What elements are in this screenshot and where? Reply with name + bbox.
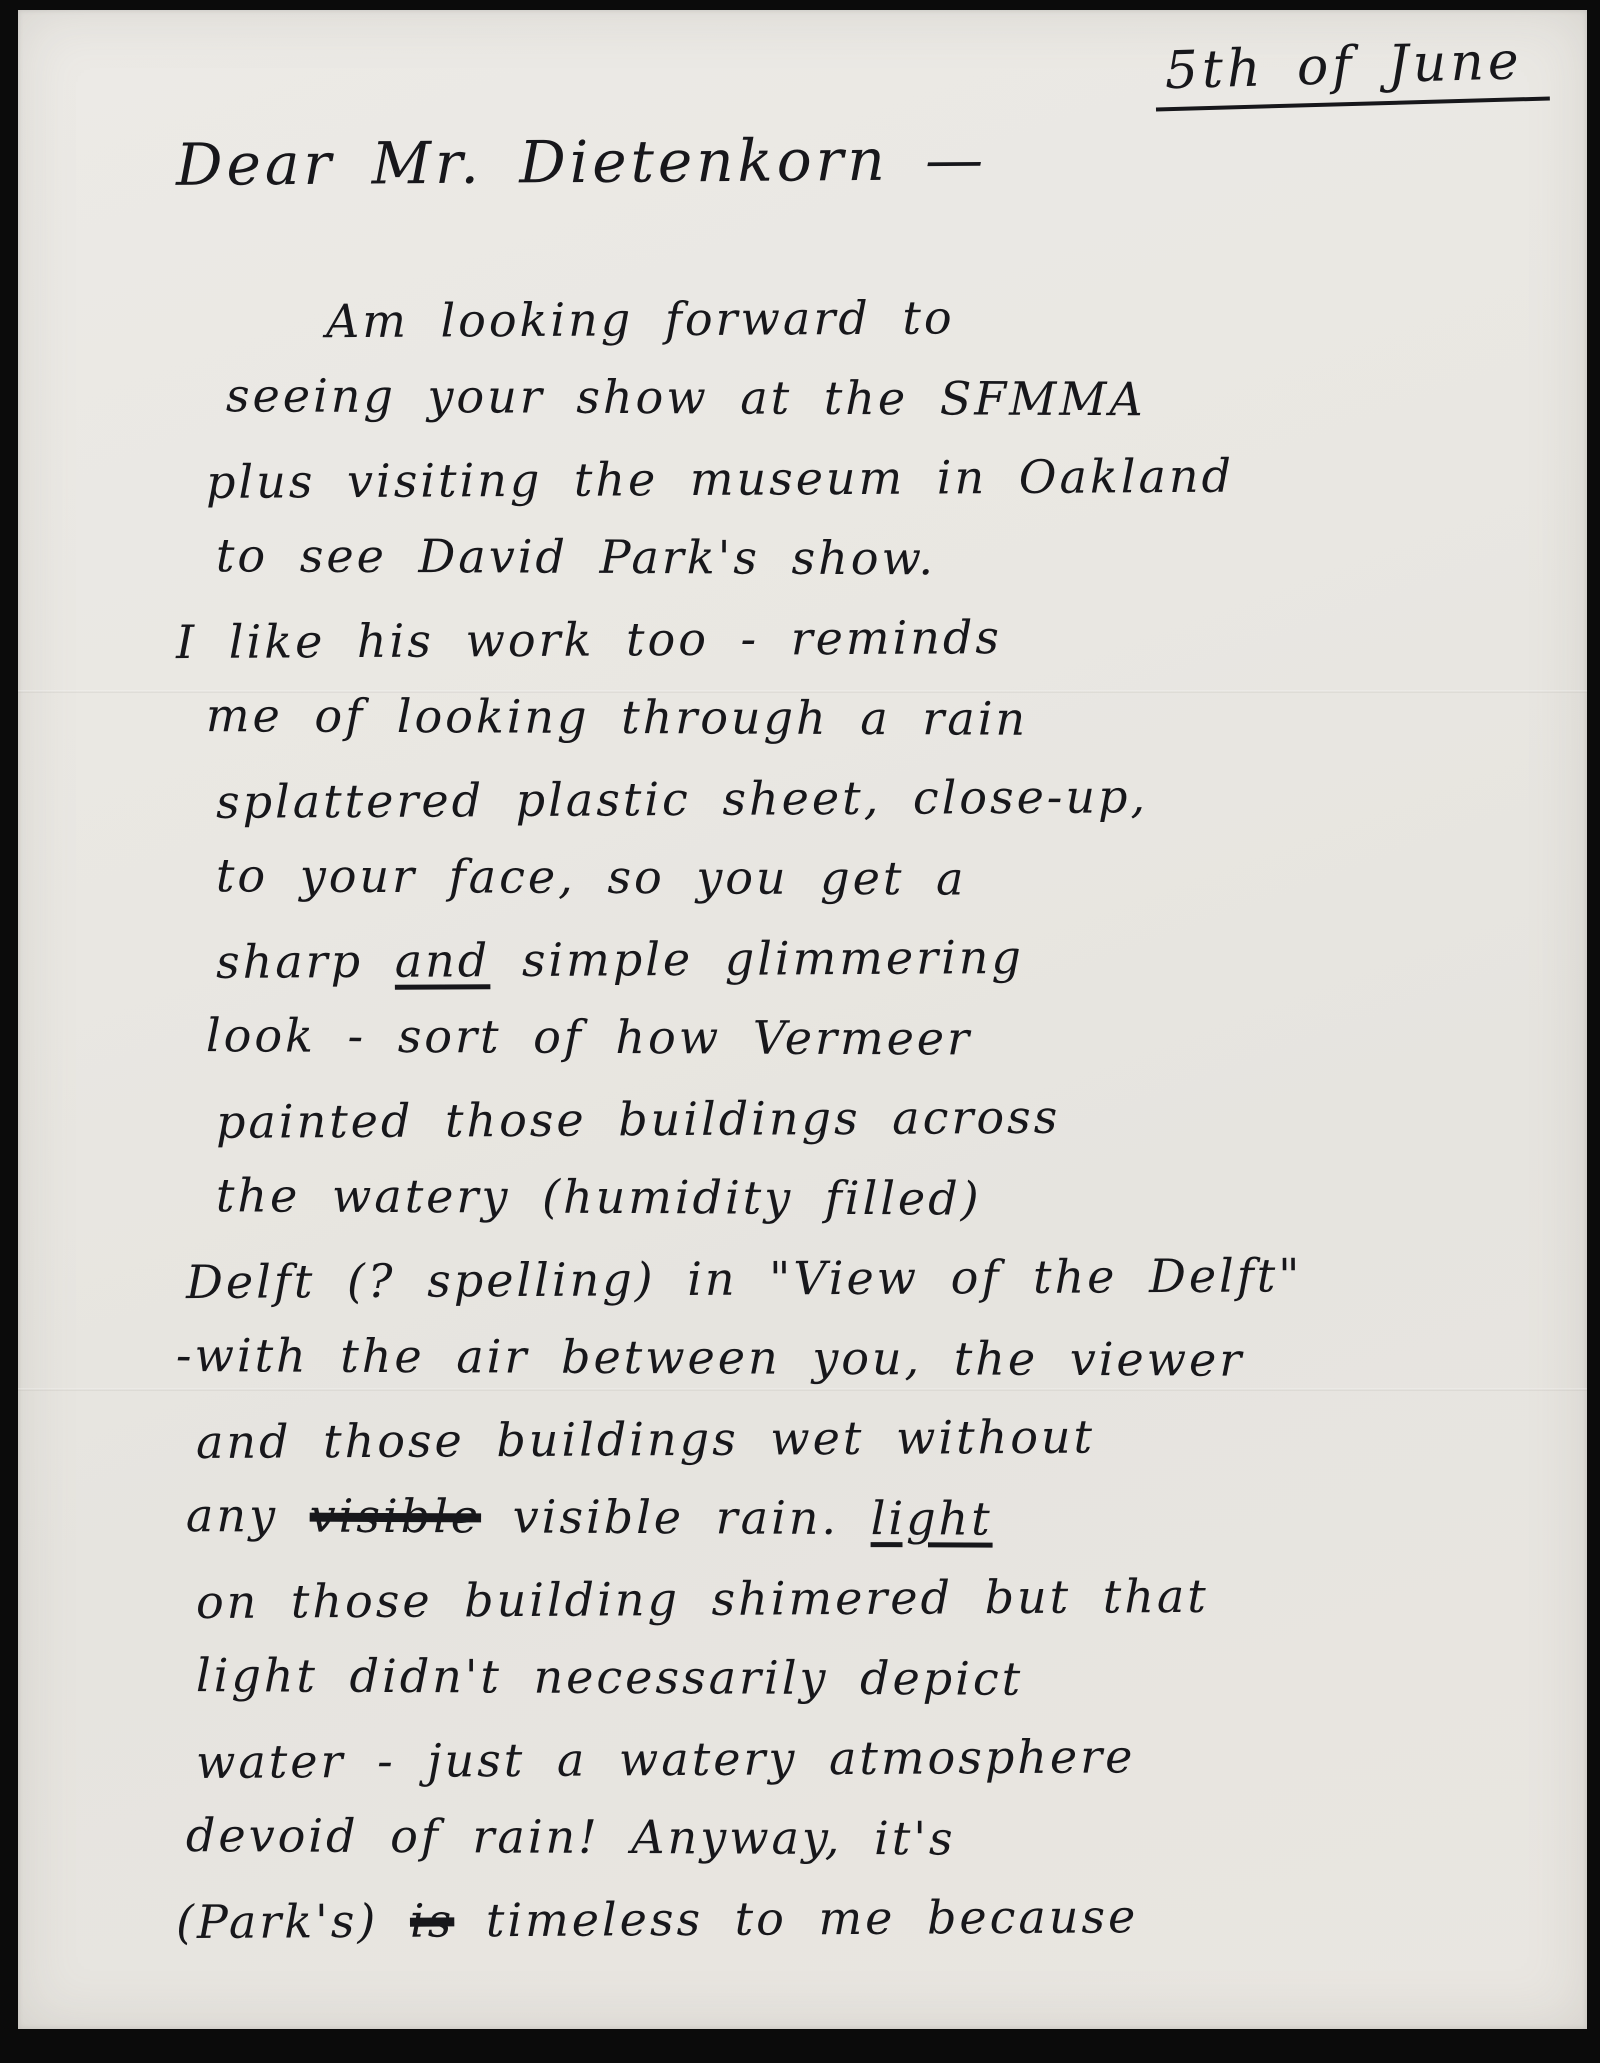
letter-line: painted those buildings across: [176, 1074, 1527, 1162]
letter-text: and those buildings wet without: [196, 1410, 1095, 1469]
letter-text: light didn't necessarily depict: [196, 1648, 1023, 1706]
letter-line: light didn't necessarily depict: [176, 1635, 1527, 1721]
letter-line: any visible visible rain. light: [176, 1475, 1527, 1561]
letter-line: to see David Park's show.: [176, 515, 1527, 601]
letter-text: (Park's): [176, 1894, 410, 1949]
letter-line: and those buildings wet without: [176, 1394, 1527, 1482]
letter-text: water - just a watery atmosphere: [196, 1729, 1136, 1789]
letter-line: devoid of rain! Anyway, it's: [176, 1795, 1527, 1881]
letter-line: the watery (humidity filled): [176, 1155, 1527, 1241]
letter-text: seeing your show at the SFMMA: [226, 368, 1146, 426]
crossed-out-word: visible: [310, 1489, 482, 1544]
letter-line: splattered plastic sheet, close-up,: [176, 754, 1527, 842]
letter-text: simple glimmering: [490, 930, 1024, 987]
letter-text: devoid of rain! Anyway, it's: [186, 1808, 956, 1865]
letter-line: plus visiting the museum in Oakland: [176, 434, 1527, 522]
letter-text: Am looking forward to: [326, 290, 955, 348]
letter-text: I like his work too - reminds: [176, 610, 1002, 669]
crossed-out-word: is: [410, 1893, 455, 1947]
letter-body: Am looking forward toseeing your show at…: [176, 278, 1527, 1958]
letter-text: visible rain.: [481, 1489, 871, 1545]
letter-text: to see David Park's show.: [216, 528, 936, 585]
letter-text: on those building shimered but that: [196, 1569, 1209, 1629]
letter-paper: 5th of June Dear Mr. Dietenkorn — Am loo…: [18, 10, 1587, 2029]
letter-line: Delft (? spelling) in "View of the Delft…: [176, 1234, 1527, 1322]
salutation: Dear Mr. Dietenkorn —: [176, 125, 988, 199]
letter-text: to your face, so you get a: [216, 848, 967, 905]
letter-line: look - sort of how Vermeer: [176, 995, 1527, 1081]
letter-text: look - sort of how Vermeer: [206, 1008, 972, 1065]
letter-line: (Park's) is timeless to me because: [176, 1874, 1527, 1962]
letter-line: me of looking through a rain: [176, 675, 1527, 761]
letter-text: plus visiting the museum in Oakland: [206, 449, 1234, 509]
letter-line: to your face, so you get a: [176, 835, 1527, 921]
letter-text: painted those buildings across: [216, 1090, 1061, 1149]
underlined-word: light: [871, 1491, 993, 1546]
letter-line: Am looking forward to: [176, 274, 1527, 362]
letter-line: I like his work too - reminds: [176, 594, 1527, 682]
letter-text: me of looking through a rain: [206, 688, 1028, 746]
letter-line: on those building shimered but that: [176, 1554, 1527, 1642]
letter-date: 5th of June: [1154, 31, 1549, 112]
letter-text: timeless to me because: [454, 1889, 1138, 1947]
underlined-word: and: [395, 933, 491, 988]
letter-text: -with the air between you, the viewer: [176, 1328, 1245, 1387]
scanned-letter-photo: 5th of June Dear Mr. Dietenkorn — Am loo…: [0, 0, 1600, 2063]
letter-text: the watery (humidity filled): [216, 1168, 982, 1225]
letter-line: seeing your show at the SFMMA: [176, 355, 1527, 441]
letter-text: sharp: [216, 934, 395, 989]
letter-line: -with the air between you, the viewer: [176, 1315, 1527, 1401]
letter-text: splattered plastic sheet, close-up,: [216, 769, 1148, 829]
letter-text: any: [186, 1488, 310, 1543]
letter-text: Delft (? spelling) in "View of the Delft…: [186, 1248, 1303, 1309]
letter-line: water - just a watery atmosphere: [176, 1714, 1527, 1802]
letter-line: sharp and simple glimmering: [176, 914, 1527, 1002]
